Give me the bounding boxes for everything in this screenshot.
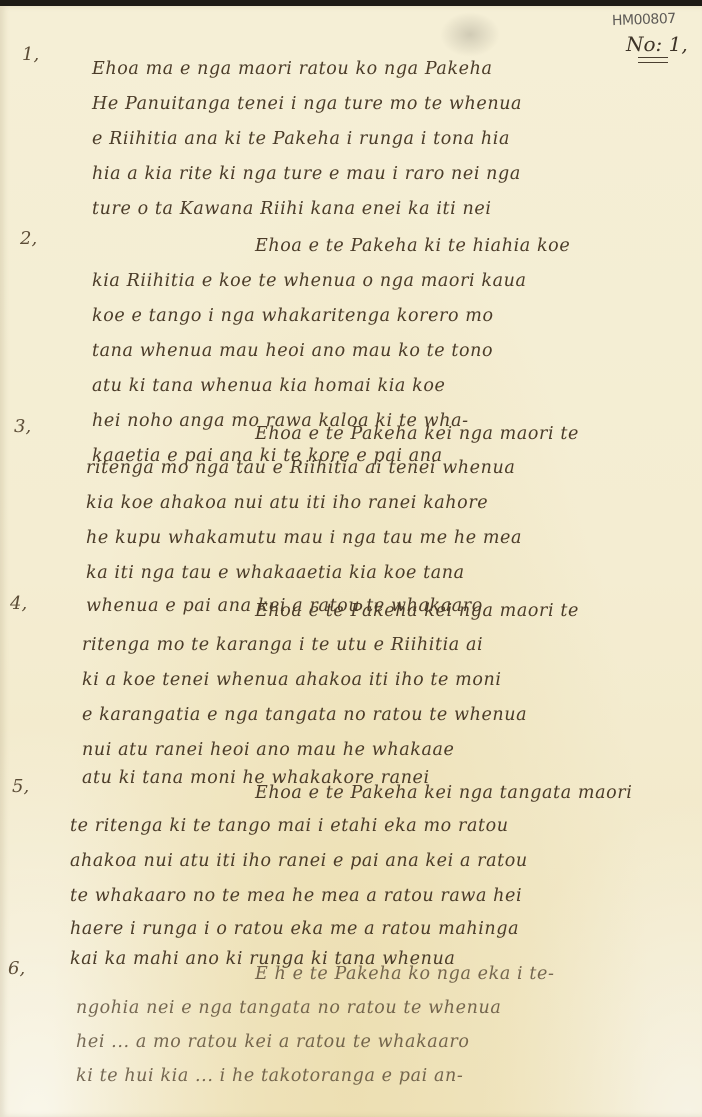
paragraph-6-line-1: E h e te Pakeha ko nga eka i te-	[255, 964, 554, 984]
paragraph-1-line-2: He Panuitanga tenei i nga ture mo te whe…	[92, 94, 522, 114]
paragraph-2-line-1: Ehoa e te Pakeha ki te hiahia koe	[255, 236, 570, 256]
paragraph-marker-6: 6,	[8, 958, 25, 979]
paragraph-3-line-2: ritenga mo nga tau e Riihitia ai tenei w…	[86, 458, 515, 478]
paragraph-marker-3: 3,	[14, 416, 31, 437]
paragraph-1-line-4: hia a kia rite ki nga ture e mau i raro …	[92, 164, 521, 184]
paragraph-3-line-1: Ehoa e te Pakeha kei nga maori te	[255, 424, 579, 444]
paragraph-2-line-5: atu ki tana whenua kia homai kia koe	[92, 376, 445, 396]
page-number-label: No: 1,	[626, 32, 688, 56]
paragraph-1-line-1: Ehoa ma e nga maori ratou ko nga Pakeha	[92, 59, 493, 79]
ink-smudge	[440, 12, 500, 57]
paragraph-6-line-3: hei ... a mo ratou kei a ratou te whakaa…	[76, 1032, 469, 1052]
paragraph-3-line-3: kia koe ahakoa nui atu iti iho ranei kah…	[86, 493, 488, 513]
manuscript-page: HM00807 No: 1, 1, Ehoa ma e nga maori ra…	[0, 6, 702, 1117]
paragraph-marker-5: 5,	[12, 776, 29, 797]
paragraph-3-line-5: ka iti nga tau e whakaaetia kia koe tana	[86, 563, 465, 583]
paragraph-4-line-4: e karangatia e nga tangata no ratou te w…	[82, 705, 527, 725]
paragraph-1-line-3: e Riihitia ana ki te Pakeha i runga i to…	[92, 129, 510, 149]
page-number-text: No: 1,	[626, 32, 688, 56]
paragraph-5-line-2: te ritenga ki te tango mai i etahi eka m…	[70, 816, 509, 836]
paragraph-2-line-2: kia Riihitia e koe te whenua o nga maori…	[92, 271, 527, 291]
paragraph-4-line-2: ritenga mo te karanga i te utu e Riihiti…	[82, 635, 483, 655]
paragraph-marker-2: 2,	[20, 228, 37, 249]
paragraph-4-line-5: nui atu ranei heoi ano mau he whakaae	[82, 740, 454, 760]
archive-reference: HM00807	[612, 11, 676, 29]
paragraph-3-line-4: he kupu whakamutu mau i nga tau me he me…	[86, 528, 522, 548]
paragraph-5-line-1: Ehoa e te Pakeha kei nga tangata maori	[255, 783, 632, 803]
paragraph-6-line-4: ki te hui kia ... i he takotoranga e pai…	[76, 1066, 463, 1086]
paragraph-2-line-4: tana whenua mau heoi ano mau ko te tono	[92, 341, 493, 361]
paragraph-4-line-1: Ehoa e te Pakeha kei nga maori te	[255, 601, 579, 621]
paragraph-5-line-4: te whakaaro no te mea he mea a ratou raw…	[70, 886, 522, 906]
paragraph-marker-4: 4,	[10, 593, 27, 614]
paragraph-4-line-3: ki a koe tenei whenua ahakoa iti iho te …	[82, 670, 502, 690]
paragraph-6-line-2: ngohia nei e nga tangata no ratou te whe…	[76, 998, 501, 1018]
paragraph-5-line-5: haere i runga i o ratou eka me a ratou m…	[70, 919, 519, 939]
double-underline	[638, 57, 668, 63]
paragraph-marker-1: 1,	[22, 44, 39, 65]
paragraph-1-line-5: ture o ta Kawana Riihi kana enei ka iti …	[92, 199, 492, 219]
paragraph-2-line-3: koe e tango i nga whakaritenga korero mo	[92, 306, 494, 326]
paragraph-5-line-3: ahakoa nui atu iti iho ranei e pai ana k…	[70, 851, 528, 871]
